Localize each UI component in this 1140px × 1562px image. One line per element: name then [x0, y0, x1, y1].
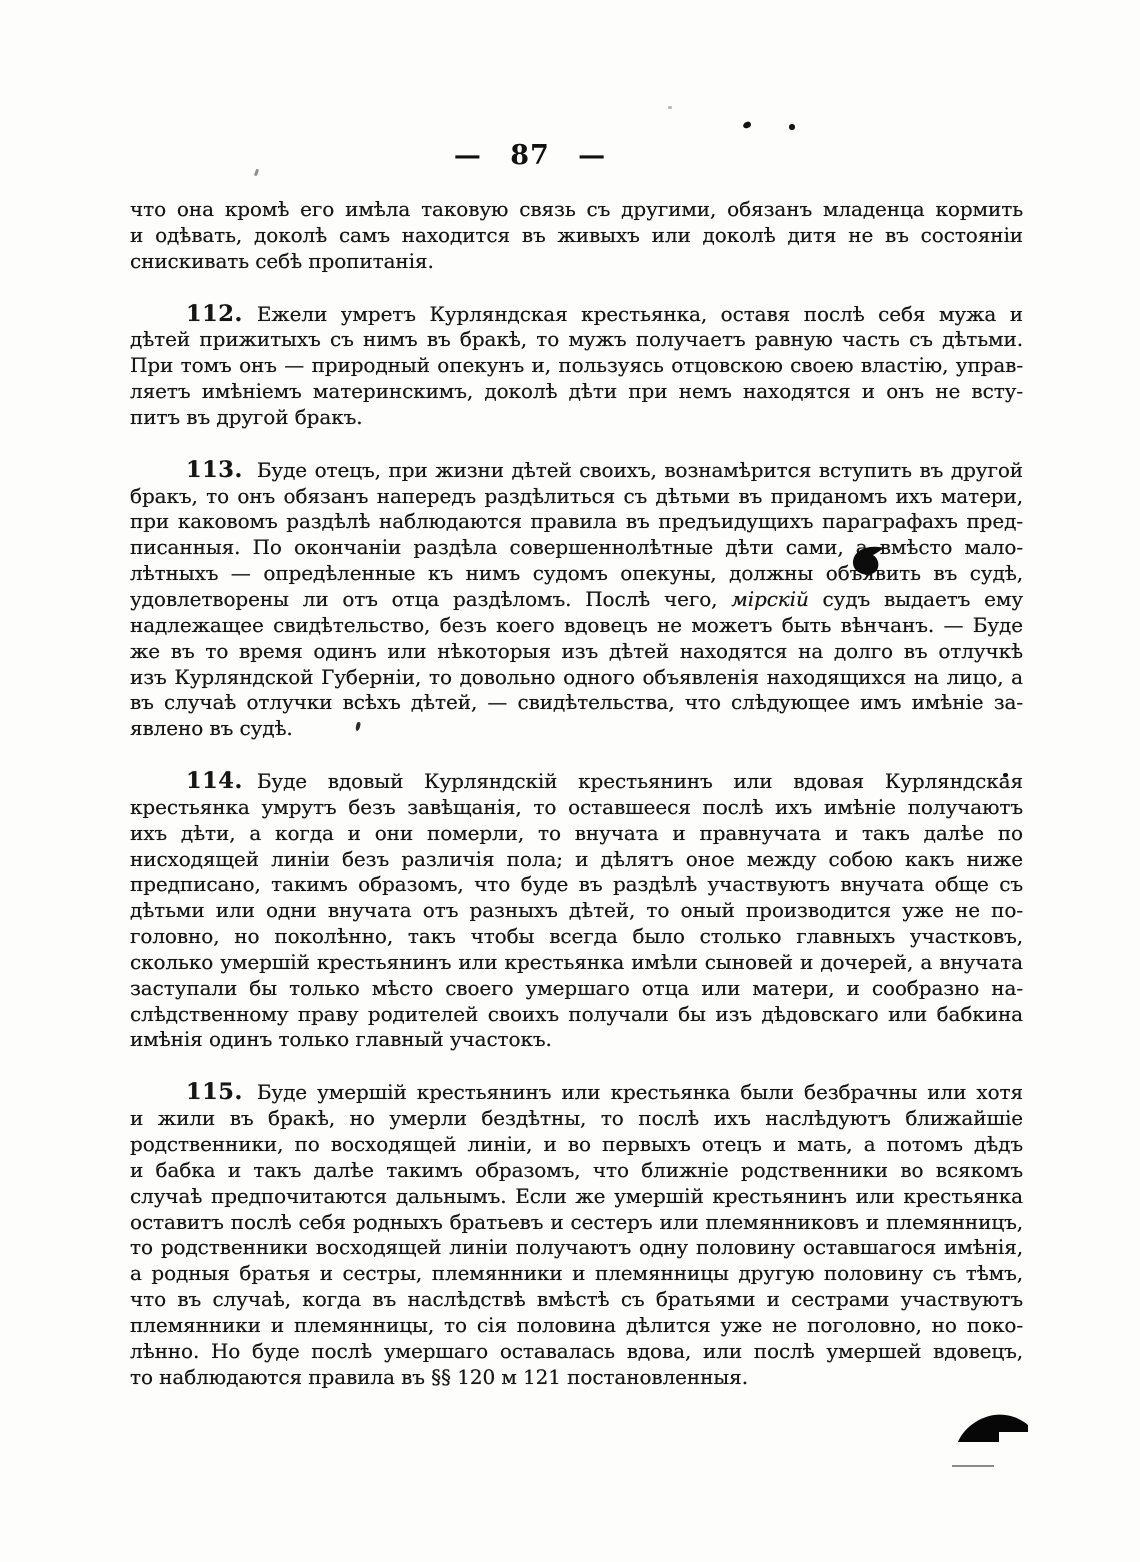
text-segment: то наблюдаются правила въ §§ 120 м 121 п…	[130, 1365, 748, 1389]
paragraph: 112.Ежели умретъ Курляндская крестьянка,…	[130, 302, 1023, 431]
scan-speck	[789, 124, 795, 130]
text-segment: и одѣвать, доколѣ самъ находится въ живы…	[130, 223, 1023, 247]
text-line: случаѣ предпочитаются дальнымъ. Если же …	[130, 1184, 1023, 1210]
paragraph: 114.Буде вдовый Курляндскій крестьянинъ …	[130, 769, 1023, 1053]
text-segment: оставитъ послѣ себя родныхъ братьевъ и с…	[130, 1210, 1023, 1234]
text-segment: головно, но поколѣнно, такъ чтобы всегда…	[130, 924, 1023, 948]
italic-term: мірскій	[731, 587, 809, 611]
text-segment: надлежащее свидѣтельство, безъ коего вдо…	[130, 613, 1023, 637]
text-segment: случаѣ предпочитаются дальнымъ. Если же …	[130, 1184, 1023, 1208]
paragraph: что она кромѣ его имѣла таковую связь съ…	[130, 197, 1023, 275]
text-line: родственники, по восходящей линіи, и во …	[130, 1132, 1023, 1158]
text-line: нисходящей линіи безъ различія пола; и д…	[130, 847, 1023, 873]
text-segment: то родственники восходящей линіи получаю…	[130, 1235, 1023, 1259]
page-number: — 87 —	[0, 140, 1100, 171]
text-segment: имѣнія одинъ только главный участокъ.	[130, 1027, 552, 1051]
paragraph: 115.Буде умершій крестьянинъ или крестья…	[130, 1080, 1023, 1390]
body-text: что она кромѣ его имѣла таковую связь съ…	[130, 197, 1023, 1390]
text-line: бракъ, то онъ обязанъ напередъ раздѣлить…	[130, 484, 1023, 510]
text-segment: же въ то время одинъ или нѣкоторыя изъ д…	[130, 639, 1023, 663]
text-segment: судъ выдаетъ ему	[809, 587, 1023, 611]
text-segment: лѣтныхъ — опредѣленные къ нимъ судомъ оп…	[130, 561, 1023, 585]
text-line: слѣдственному праву родителей своихъ пол…	[130, 1002, 1023, 1028]
text-segment: питъ въ другой бракъ.	[130, 405, 363, 429]
text-line: изъ Курляндской Губерніи, то довольно од…	[130, 665, 1023, 691]
text-segment: что она кромѣ его имѣла таковую связь съ…	[130, 197, 1023, 221]
text-line: лѣтныхъ — опредѣленные къ нимъ судомъ оп…	[130, 561, 1023, 587]
text-line: 114.Буде вдовый Курляндскій крестьянинъ …	[130, 769, 1023, 795]
text-segment: писанныя. По окончаніи раздѣла совершенн…	[130, 535, 1023, 559]
text-segment: предписано, такимъ образомъ, что буде въ…	[130, 872, 1023, 896]
text-line: при каковомъ раздѣлѣ наблюдаются правила…	[130, 509, 1023, 535]
text-line: 113.Буде отецъ, при жизни дѣтей своихъ, …	[130, 458, 1023, 484]
scanned-book-page: — 87 — что она кромѣ его имѣла таковую с…	[0, 0, 1140, 1562]
text-segment: ляетъ имѣніемъ материнскимъ, доколѣ дѣти…	[130, 379, 1023, 403]
text-segment: дѣтьми или одни внучата отъ разныхъ дѣте…	[130, 898, 1023, 922]
text-segment: слѣдственному праву родителей своихъ пол…	[130, 1002, 1023, 1026]
text-segment: дѣтей прижитыхъ съ нимъ въ бракѣ, то муж…	[130, 327, 1023, 351]
text-line: писанныя. По окончаніи раздѣла совершенн…	[130, 535, 1023, 561]
text-segment: сколько умершій крестьянинъ или крестьян…	[130, 950, 1023, 974]
text-line: ляетъ имѣніемъ материнскимъ, доколѣ дѣти…	[130, 379, 1023, 405]
text-segment: при каковомъ раздѣлѣ наблюдаются правила…	[130, 509, 1023, 533]
text-line: имѣнія одинъ только главный участокъ.	[130, 1027, 1023, 1053]
text-segment: ихъ дѣти, а когда и они померли, то внуч…	[130, 821, 1023, 845]
text-line: дѣтьми или одни внучата отъ разныхъ дѣте…	[130, 898, 1023, 924]
text-line: питъ въ другой бракъ.	[130, 405, 1023, 431]
text-segment: родственники, по восходящей линіи, и во …	[130, 1132, 1023, 1156]
text-line: племянники и племянницы, то сія половина…	[130, 1313, 1023, 1339]
text-line: надлежащее свидѣтельство, безъ коего вдо…	[130, 613, 1023, 639]
text-segment: Буде отецъ, при жизни дѣтей своихъ, возн…	[257, 458, 1023, 482]
text-segment: явлено въ судѣ.	[130, 716, 293, 740]
text-line: и жили въ бракѣ, но умерли бездѣтны, то …	[130, 1106, 1023, 1132]
text-line: что въ случаѣ, когда въ наслѣдствѣ вмѣст…	[130, 1287, 1023, 1313]
text-segment: изъ Курляндской Губерніи, то довольно од…	[130, 665, 1023, 689]
text-line: При томъ онъ — природный опекунъ и, поль…	[130, 353, 1023, 379]
text-line: же въ то время одинъ или нѣкоторыя изъ д…	[130, 639, 1023, 665]
text-line: оставитъ послѣ себя родныхъ братьевъ и с…	[130, 1210, 1023, 1236]
paragraph: 113.Буде отецъ, при жизни дѣтей своихъ, …	[130, 458, 1023, 742]
text-line: лѣнно. Но буде послѣ умершаго оставалась…	[130, 1339, 1023, 1365]
text-segment: снискивать себѣ пропитанія.	[130, 249, 434, 273]
text-segment: Буде вдовый Курляндскій крестьянинъ или …	[257, 769, 1023, 793]
section-number: 112.	[186, 301, 243, 327]
text-segment: бракъ, то онъ обязанъ напередъ раздѣлить…	[130, 484, 1023, 508]
text-line: ихъ дѣти, а когда и они померли, то внуч…	[130, 821, 1023, 847]
text-line: что она кромѣ его имѣла таковую связь съ…	[130, 197, 1023, 223]
text-line: 115.Буде умершій крестьянинъ или крестья…	[130, 1080, 1023, 1106]
section-number: 115.	[186, 1079, 243, 1105]
text-segment: удовлетворены ли отъ отца раздѣломъ. Пос…	[130, 587, 731, 611]
text-line: а родныя братья и сестры, племянники и п…	[130, 1261, 1023, 1287]
text-line: заступали бы только мѣсто своего умершаг…	[130, 976, 1023, 1002]
text-segment: и жили въ бракѣ, но умерли бездѣтны, то …	[130, 1106, 1023, 1130]
ink-smudge	[958, 1413, 1028, 1443]
text-line: и одѣвать, доколѣ самъ находится въ живы…	[130, 223, 1023, 249]
text-line: и бабка и такъ далѣе такимъ образомъ, чт…	[130, 1158, 1023, 1184]
text-line: явлено въ судѣ.	[130, 716, 1023, 742]
text-line: 112.Ежели умретъ Курляндская крестьянка,…	[130, 302, 1023, 328]
text-segment: Буде умершій крестьянинъ или крестьянка …	[257, 1080, 1023, 1104]
text-line: снискивать себѣ пропитанія.	[130, 249, 1023, 275]
text-segment: лѣнно. Но буде послѣ умершаго оставалась…	[130, 1339, 1023, 1363]
text-segment: При томъ онъ — природный опекунъ и, поль…	[130, 353, 1023, 377]
text-segment: нисходящей линіи безъ различія пола; и д…	[130, 847, 1023, 871]
text-segment: въ случаѣ отлучки всѣхъ дѣтей, — свидѣте…	[130, 690, 1023, 714]
text-segment: что въ случаѣ, когда въ наслѣдствѣ вмѣст…	[130, 1287, 1023, 1311]
scan-line-artifact	[952, 1465, 994, 1467]
text-segment: а родныя братья и сестры, племянники и п…	[130, 1261, 1023, 1285]
text-line: то родственники восходящей линіи получаю…	[130, 1235, 1023, 1261]
section-number: 113.	[186, 457, 243, 483]
text-line: удовлетворены ли отъ отца раздѣломъ. Пос…	[130, 587, 1023, 613]
section-number: 114.	[186, 768, 243, 794]
text-line: то наблюдаются правила въ §§ 120 м 121 п…	[130, 1365, 1023, 1391]
scan-speck	[668, 106, 672, 109]
text-segment: заступали бы только мѣсто своего умершаг…	[130, 976, 1023, 1000]
text-line: головно, но поколѣнно, такъ чтобы всегда…	[130, 924, 1023, 950]
text-segment: и бабка и такъ далѣе такимъ образомъ, чт…	[130, 1158, 1023, 1182]
text-segment: Ежели умретъ Курляндская крестьянка, ост…	[257, 302, 1023, 326]
text-line: сколько умершій крестьянинъ или крестьян…	[130, 950, 1023, 976]
scan-speck	[742, 121, 752, 129]
text-segment: крестьянка умрутъ безъ завѣщанія, то ост…	[130, 795, 1023, 819]
text-segment: племянники и племянницы, то сія половина…	[130, 1313, 1023, 1337]
text-line: крестьянка умрутъ безъ завѣщанія, то ост…	[130, 795, 1023, 821]
text-line: предписано, такимъ образомъ, что буде въ…	[130, 872, 1023, 898]
text-line: дѣтей прижитыхъ съ нимъ въ бракѣ, то муж…	[130, 327, 1023, 353]
text-line: въ случаѣ отлучки всѣхъ дѣтей, — свидѣте…	[130, 690, 1023, 716]
